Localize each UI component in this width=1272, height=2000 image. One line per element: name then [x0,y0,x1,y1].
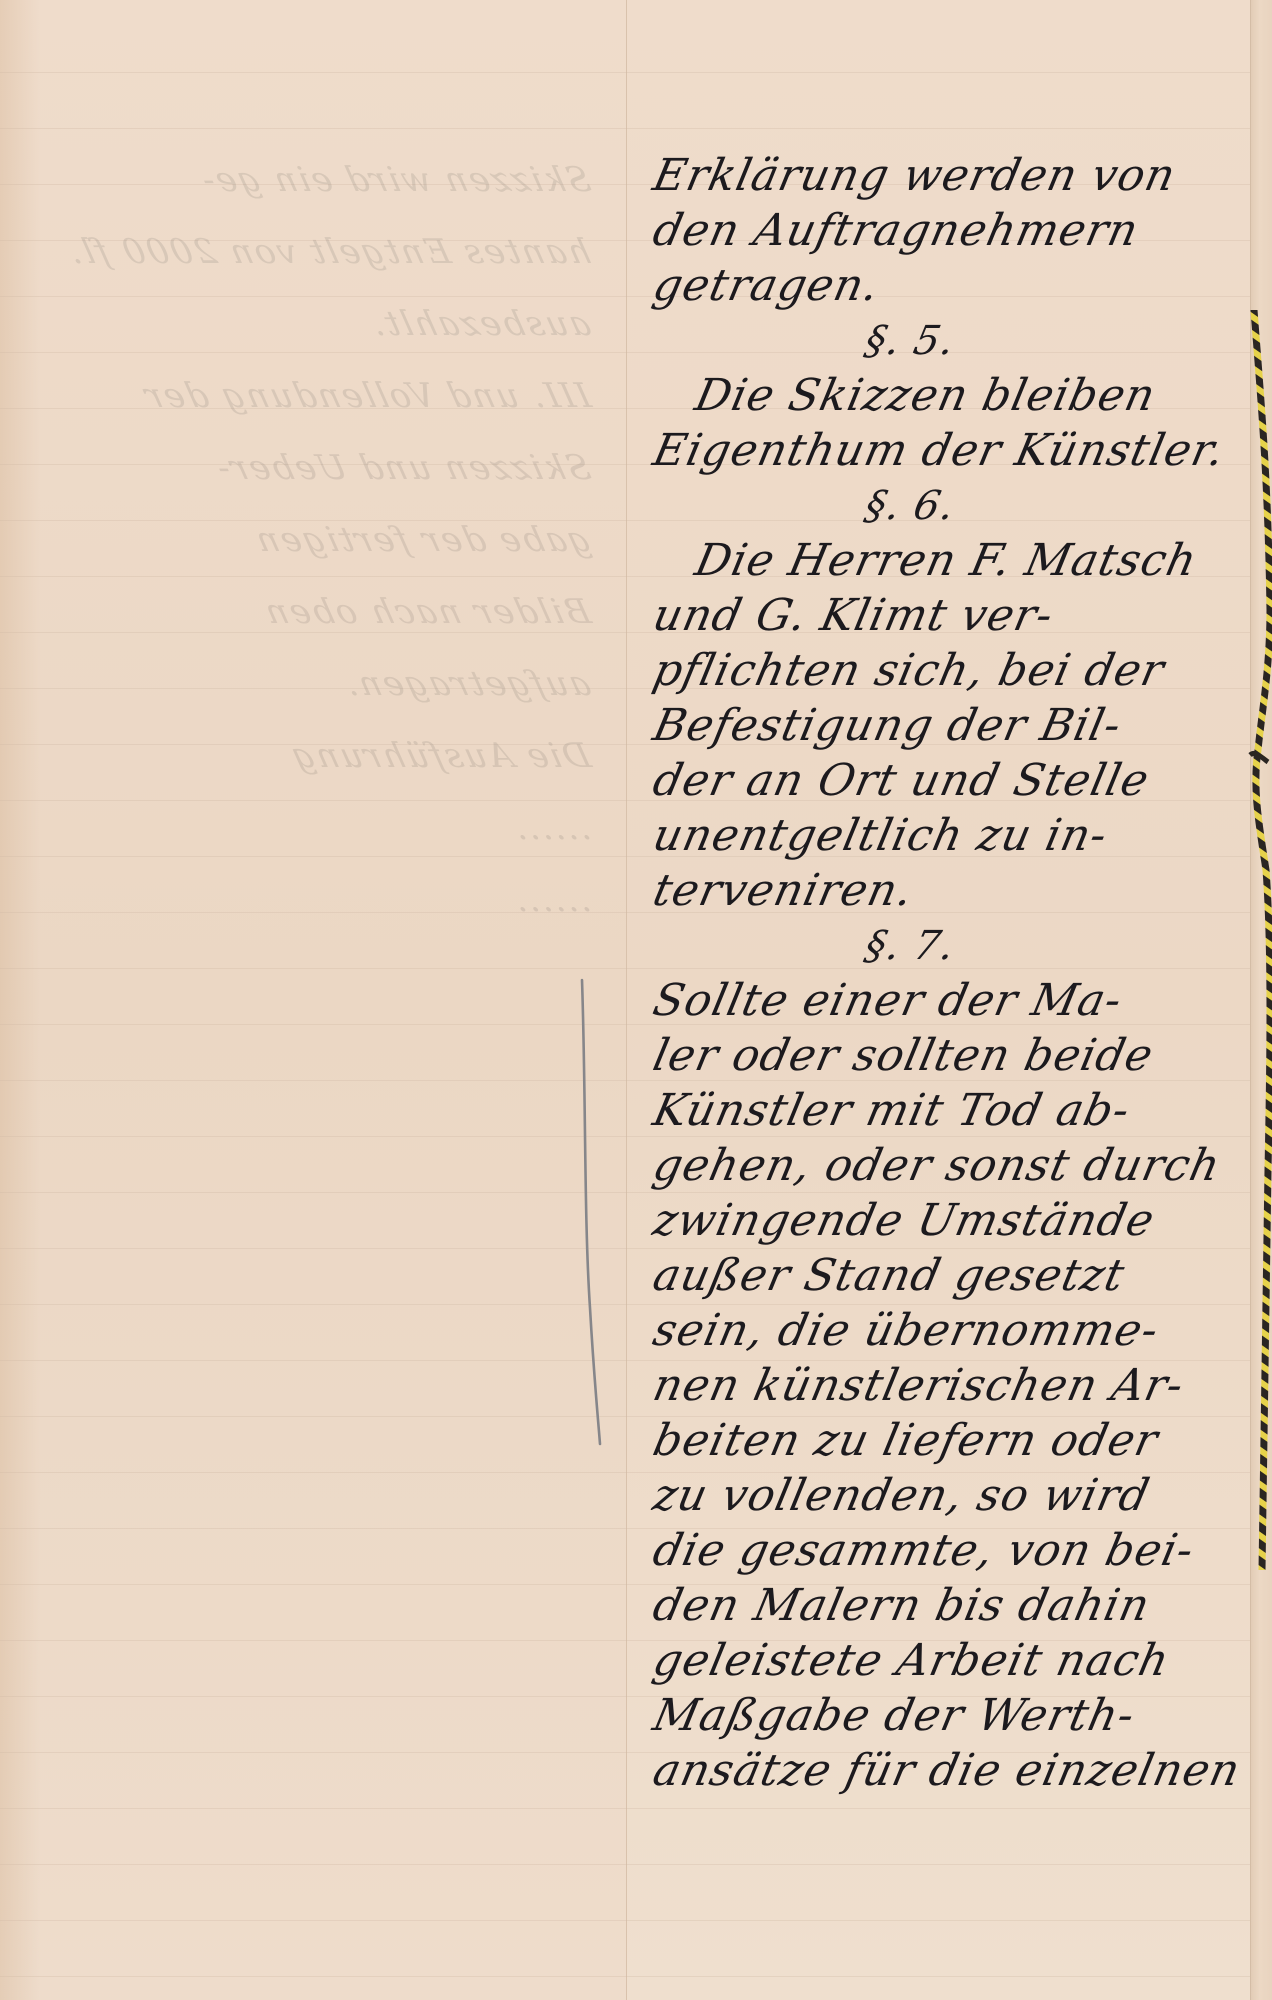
text-line: zu vollenden, so wird [648,1468,1260,1524]
section-heading: §. 6. [860,478,1272,534]
text-line: nen künstlerischen Ar- [648,1358,1260,1414]
bleed-through-line: ...... [25,880,595,920]
text-line: ansätze für die einzelnen [648,1743,1260,1799]
text-line: terveniren. [648,863,1260,919]
bleed-through-line: aufgetragen. [25,664,595,704]
bleed-through-line: Skizzen und Ueber- [25,448,595,488]
text-line: außer Stand gesetzt [648,1248,1260,1304]
pencil-margin-mark [578,978,606,1448]
bleed-through-line: ausbezahlt. [25,304,595,344]
ruled-line [0,1864,1250,1865]
text-line: und G. Klimt ver- [648,588,1260,644]
text-line: sein, die übernomme- [648,1303,1260,1359]
text-line: geleistete Arbeit nach [648,1633,1260,1689]
text-line: der an Ort und Stelle [648,753,1260,809]
text-line: getragen. [648,258,1260,314]
text-line: den Auftragnehmern [648,203,1260,259]
text-line: gehen, oder sonst durch [648,1138,1260,1194]
text-line: beiten zu liefern oder [648,1413,1260,1469]
text-line: zwingende Umstände [648,1193,1260,1249]
bleed-through-line: gabe der fertigen [25,520,595,560]
text-line: Befestigung der Bil- [648,698,1260,754]
bleed-through-line: Skizzen wird ein ge- [25,160,595,200]
text-line: pflichten sich, bei der [648,643,1260,699]
ruled-line [0,1808,1250,1809]
text-line: ler oder sollten beide [648,1028,1260,1084]
bleed-through-line: III. und Vollendung der [25,376,595,416]
ruled-line [0,128,1250,129]
section-heading: §. 7. [860,918,1272,974]
text-line: Die Herren F. Matsch [690,533,1272,589]
text-line: unentgeltlich zu in- [648,808,1260,864]
bleed-through-line: Bilder nach oben [25,592,595,632]
text-line: Eigenthum der Künstler. [648,423,1260,479]
text-line: Sollte einer der Ma- [648,973,1260,1029]
text-line: die gesammte, von bei- [648,1523,1260,1579]
bleed-through-line: Die Ausführung [25,736,595,776]
section-heading: §. 5. [860,313,1272,369]
text-line: Die Skizzen bleiben [690,368,1272,424]
ruled-line [0,1920,1250,1921]
text-line: Künstler mit Tod ab- [648,1083,1260,1139]
text-line: den Malern bis dahin [648,1578,1260,1634]
ruled-line [0,72,1250,73]
bleed-through-line: hantes Entgelt von 2000 fl. [25,232,595,272]
bleed-through-line: ...... [25,808,595,848]
ruled-line [0,1976,1250,1977]
text-line: Erklärung werden von [648,148,1260,204]
left-page [0,0,626,2000]
text-line: Maßgabe der Werth- [648,1688,1260,1744]
document-spread: Skizzen wird ein ge-hantes Entgelt von 2… [0,0,1272,2000]
binding-cord [1248,310,1272,1570]
